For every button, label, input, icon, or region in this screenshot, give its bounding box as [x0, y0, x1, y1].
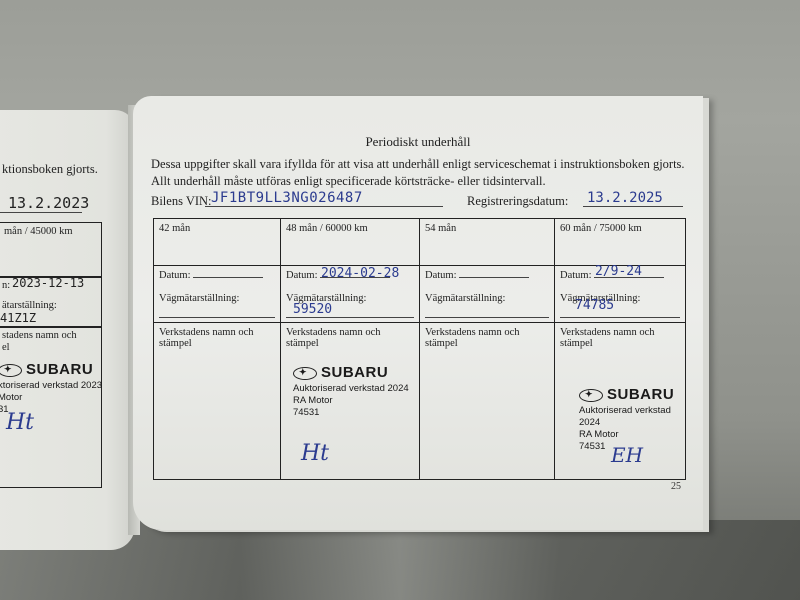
date-odometer-row: Datum: Vägmätarställning: Datum: 2024-02… [154, 266, 686, 323]
intro-line-2: Allt underhåll måste utföras enligt spec… [151, 173, 685, 190]
odometer-value: 59520 [293, 302, 332, 317]
vin-line [205, 206, 443, 207]
registration-label: Registreringsdatum: [467, 194, 568, 209]
registration-value: 13.2.2025 [587, 190, 663, 206]
service-table: 42 mån 48 mån / 60000 km 54 mån 60 mån /… [153, 218, 686, 480]
interval-row: 42 mån 48 mån / 60000 km 54 mån 60 mån /… [154, 219, 686, 266]
odometer-label: Vägmätarställning: [425, 293, 549, 304]
stamp-line-1: Auktoriserad verkstad 2024 [579, 405, 685, 429]
left-page: ktionsboken gjorts. 13.2.2023 mån / 4500… [0, 110, 135, 550]
interval-cell: 54 mån [420, 219, 555, 266]
stamp-line-3: 74531 [293, 407, 409, 419]
odometer-label: Vägmätarställning: [159, 293, 275, 304]
page-intro: Dessa uppgifter skall vara ifyllda för a… [151, 156, 685, 190]
date-odometer-cell: Datum: 2/9-24 Vägmätarställning: 74785 [555, 266, 686, 323]
interval-cell: 42 mån [154, 219, 281, 266]
subaru-logo-icon [579, 389, 603, 402]
left-interval-label: mån / 45000 km [4, 226, 73, 237]
date-value: 2/9-24 [595, 264, 642, 279]
page-title: Periodiskt underhåll [133, 134, 703, 150]
workshop-label: Verkstadens namn och stämpel [159, 327, 253, 349]
left-workshop-label-1: stadens namn och [2, 330, 77, 341]
workshop-cell: Verkstadens namn och stämpel [154, 323, 281, 480]
workshop-label: Verkstadens namn och stämpel [560, 327, 654, 349]
left-odometer-label: ätarställning: [2, 300, 57, 311]
stamp-line-1: Auktoriserad verkstad 2024 [293, 383, 409, 395]
stamp-line-2: RA Motor [293, 395, 409, 407]
workshop-row: Verkstadens namn och stämpel Verkstadens… [154, 323, 686, 480]
intro-line-1: Dessa uppgifter skall vara ifyllda för a… [151, 156, 685, 173]
left-date-label: n: [2, 280, 10, 291]
date-label: Datum: [560, 270, 592, 281]
left-workshop-stamp: SUBARU ktoriserad verkstad 2023 Motor 31 [0, 362, 102, 416]
right-page: Periodiskt underhåll Dessa uppgifter ska… [133, 96, 703, 530]
left-intro-fragment: ktionsboken gjorts. [2, 162, 98, 177]
workshop-cell: Verkstadens namn och stämpel [420, 323, 555, 480]
stamp-line-1: ktoriserad verkstad 2023 [0, 380, 102, 392]
stamp-brand: SUBARU [321, 365, 388, 381]
stamp-line-2: Motor [0, 392, 102, 404]
left-date-value: 2023-12-13 [12, 276, 84, 290]
workshop-label: Verkstadens namn och stämpel [286, 327, 380, 349]
stamp-line-2: RA Motor [579, 429, 685, 441]
signature: Ht [301, 441, 329, 466]
subaru-logo-icon [293, 367, 317, 380]
interval-cell: 48 mån / 60000 km [281, 219, 420, 266]
stamp-brand: SUBARU [607, 387, 674, 403]
workshop-cell: Verkstadens namn och stämpel SUBARU Aukt… [281, 323, 420, 480]
left-registration-line [0, 212, 82, 213]
left-signature: Ht [6, 410, 34, 435]
date-odometer-cell: Datum: Vägmätarställning: [154, 266, 281, 323]
date-odometer-cell: Datum: Vägmätarställning: [420, 266, 555, 323]
date-label: Datum: [286, 270, 318, 281]
odometer-value: 74785 [575, 298, 614, 313]
stamp-brand: SUBARU [26, 362, 93, 378]
signature: EH [611, 443, 643, 467]
workshop-stamp: SUBARU Auktoriserad verkstad 2024 RA Mot… [293, 365, 409, 419]
vin-label: Bilens VIN: [151, 194, 212, 209]
date-label: Datum: [159, 270, 191, 281]
subaru-logo-icon [0, 364, 22, 377]
date-value: 2024-02-28 [321, 266, 399, 281]
registration-line [583, 206, 683, 207]
workshop-cell: Verkstadens namn och stämpel SUBARU Aukt… [555, 323, 686, 480]
date-label: Datum: [425, 270, 457, 281]
left-odometer-value: 41Z1Z [0, 311, 36, 325]
left-registration-date: 13.2.2023 [8, 194, 89, 212]
vin-value: JF1BT9LL3NG026487 [211, 190, 363, 206]
interval-cell: 60 mån / 75000 km [555, 219, 686, 266]
left-workshop-label-2: el [2, 342, 10, 353]
page-number: 25 [671, 481, 681, 492]
workshop-label: Verkstadens namn och stämpel [425, 327, 519, 349]
date-odometer-cell: Datum: 2024-02-28 Vägmätarställning: 595… [281, 266, 420, 323]
